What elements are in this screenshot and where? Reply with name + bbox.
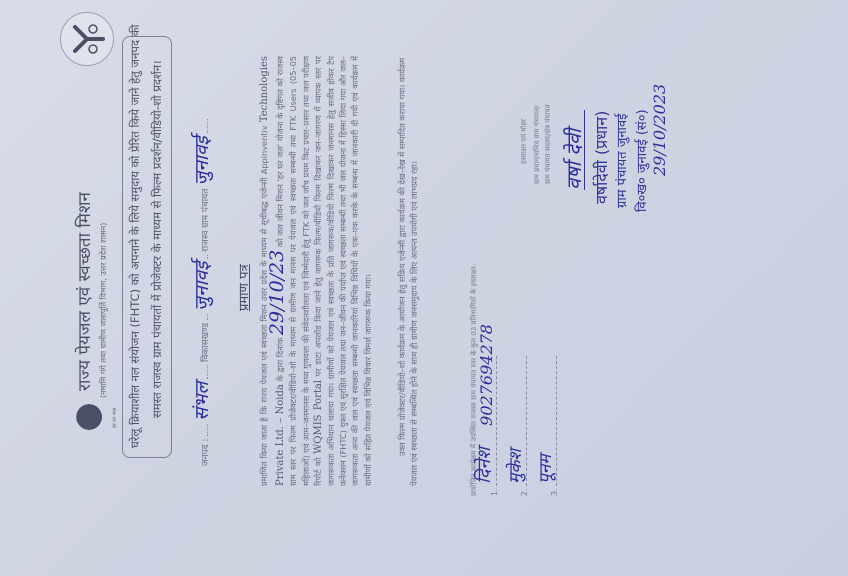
certificate-title: प्रमाण पत्र: [234, 264, 252, 311]
subject-line-2: समस्त राजस्व ग्राम पंचायतों में प्रोजेक्…: [150, 60, 165, 418]
stamp-line-3: वि०ख० जुनावई (सं०): [632, 109, 650, 212]
har-ghar-jal-logo-icon: [72, 398, 110, 436]
certificate-body: प्रमाणित किया जाता है कि राज्य पेयजल एवं…: [258, 56, 374, 486]
certificate-para-2: उक्त फिल्म प्रोजेक्टर/वीडियो–शो कार्यक्र…: [396, 56, 420, 486]
witness-2-name: मुकेश: [503, 449, 526, 484]
stamp-line-1: वर्षादेवी (प्रधान): [590, 111, 612, 204]
witness-3-name: पूनम: [533, 455, 556, 484]
body-part2: के द्वारा दिनांक: [275, 338, 285, 382]
subject-line-1: घरेलू क्रियाशील नल संयोजन (FHTC) को अपना…: [128, 24, 143, 448]
header-title: राज्य पेयजल एवं स्वच्छता मिशन: [72, 192, 95, 391]
district-label: जनपद :: [201, 439, 211, 466]
gp-label: राजस्व ग्राम पंचायत: [201, 189, 211, 252]
gp-value: जुनावई: [191, 136, 213, 185]
signatory-role-2: ग्राम पंचायत सदस्य/क्षेत्र पंचायत: [544, 104, 553, 184]
witness-row: 2. मुकेश: [520, 356, 529, 496]
witness-1-phone: 9027694278: [477, 324, 496, 426]
block-label: विकासखण्ड: [201, 323, 211, 362]
witness-row: 1. दिनेश 9027694278: [490, 356, 499, 496]
witness-row: 3. पूनम: [550, 356, 559, 496]
left-logo-caption: हर घर जल: [112, 388, 118, 448]
witness-1-name: दिनेश: [472, 447, 496, 483]
stamp-date: 29/10/2023: [650, 84, 669, 176]
jal-jeevan-mission-emblem-icon: [60, 12, 114, 66]
block-value: जुनावई: [191, 262, 213, 311]
signatory-label: हस्ताक्षर एवं मोहर: [520, 119, 529, 164]
location-form-line: जनपद : संभल विकासखण्ड जुनावई राजस्व ग्रा…: [188, 119, 214, 466]
stamp-line-2: ग्राम पंचायत जुनावई: [612, 113, 630, 208]
signature-underline: [584, 110, 585, 190]
certificate-page: हर घर जल राज्य पेयजल एवं स्वच्छता मिशन (…: [0, 0, 848, 576]
signature: वर्षा देवी: [560, 129, 587, 190]
event-date: 29/10/23: [266, 250, 288, 335]
district-value: संभल: [191, 382, 213, 421]
header-subtitle: (नमामि गंगे तथा ग्रामीण जलापूर्ति विभाग,…: [98, 223, 109, 398]
portal-name: WQMIS Portal: [313, 380, 324, 454]
signatory-role-1: ग्राम प्रधान/सचिव ग्राम पंचायत/: [533, 106, 542, 184]
